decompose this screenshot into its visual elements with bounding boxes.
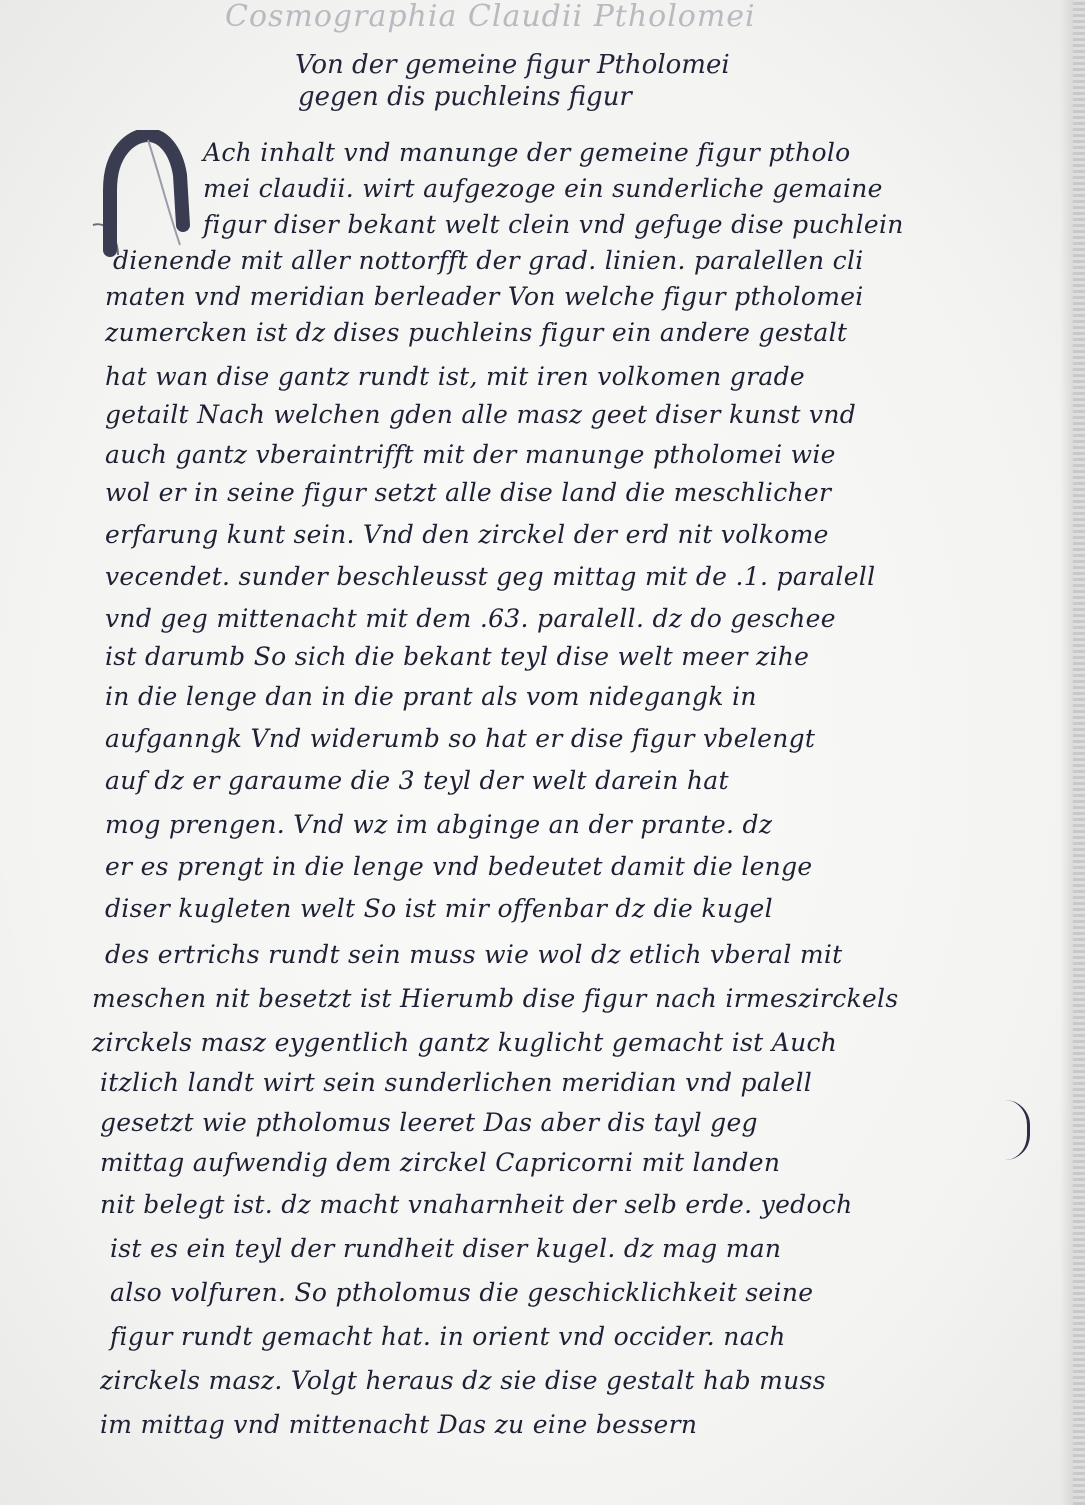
- body-line-9: auch gantz vberaintrifft mit der manunge…: [105, 440, 836, 470]
- body-line-13: vnd geg mittenacht mit dem .63. paralell…: [105, 604, 836, 634]
- body-line-15: in die lenge dan in die prant als vom ni…: [105, 682, 757, 712]
- decorated-initial-n-icon: [88, 130, 198, 260]
- body-line-26: mittag aufwendig dem zirckel Capricorni …: [100, 1148, 780, 1178]
- manuscript-page: Cosmographia Claudii Ptholomei Von der g…: [0, 0, 1085, 1505]
- body-line-32: im mittag vnd mittenacht Das zu eine bes…: [100, 1410, 697, 1440]
- body-line-6: zumercken ist dz dises puchleins figur e…: [105, 318, 847, 348]
- running-head: Cosmographia Claudii Ptholomei: [225, 0, 756, 40]
- body-line-5: maten vnd meridian berleader Von welche …: [105, 282, 864, 312]
- body-line-19: er es prengt in die lenge vnd bedeutet d…: [105, 852, 812, 882]
- body-line-1: Ach inhalt vnd manunge der gemeine figur…: [203, 138, 850, 168]
- body-line-29: also volfuren. So ptholomus die geschick…: [110, 1278, 813, 1308]
- body-line-31: zirckels masz. Volgt heraus dz sie dise …: [100, 1366, 826, 1396]
- body-line-21: des ertrichs rundt sein muss wie wol dz …: [105, 940, 843, 970]
- body-line-22: meschen nit besetzt ist Hierumb dise fig…: [92, 984, 898, 1014]
- body-line-12: vecendet. sunder beschleusst geg mittag …: [105, 562, 875, 592]
- body-line-8: getailt Nach welchen gden alle masz geet…: [105, 400, 856, 430]
- body-line-23: zirckels masz eygentlich gantz kuglicht …: [92, 1028, 837, 1058]
- body-line-17: auf dz er garaume die 3 teyl der welt da…: [105, 766, 729, 796]
- body-line-2: mei claudii. wirt aufgezoge ein sunderli…: [203, 174, 883, 204]
- section-heading-line-1: Von der gemeine figur Ptholomei: [295, 50, 730, 80]
- body-line-18: mog prengen. Vnd wz im abginge an der pr…: [105, 810, 772, 840]
- body-line-10: wol er in seine figur setzt alle dise la…: [105, 478, 831, 508]
- body-line-7: hat wan dise gantz rundt ist, mit iren v…: [105, 362, 805, 392]
- body-line-20: diser kugleten welt So ist mir offenbar …: [105, 894, 773, 924]
- section-heading-line-2: gegen dis puchleins figur: [298, 82, 632, 112]
- body-line-3: figur diser bekant welt clein vnd gefuge…: [203, 210, 904, 240]
- body-line-11: erfarung kunt sein. Vnd den zirckel der …: [105, 520, 829, 550]
- body-line-4: dienende mit aller nottorfft der grad. l…: [113, 246, 864, 276]
- body-line-30: figur rundt gemacht hat. in orient vnd o…: [110, 1322, 786, 1352]
- body-line-16: aufganngk Vnd widerumb so hat er dise fi…: [105, 724, 815, 754]
- page-edge-shadow: [1073, 0, 1085, 1505]
- body-line-14: ist darumb So sich die bekant teyl dise …: [105, 642, 809, 672]
- body-line-28: ist es ein teyl der rundheit diser kugel…: [110, 1234, 781, 1264]
- margin-flourish: [1005, 1100, 1030, 1160]
- body-line-27: nit belegt ist. dz macht vnaharnheit der…: [100, 1190, 853, 1220]
- body-line-24: itzlich landt wirt sein sunderlichen mer…: [100, 1068, 812, 1098]
- body-line-25: gesetzt wie ptholomus leeret Das aber di…: [100, 1108, 758, 1138]
